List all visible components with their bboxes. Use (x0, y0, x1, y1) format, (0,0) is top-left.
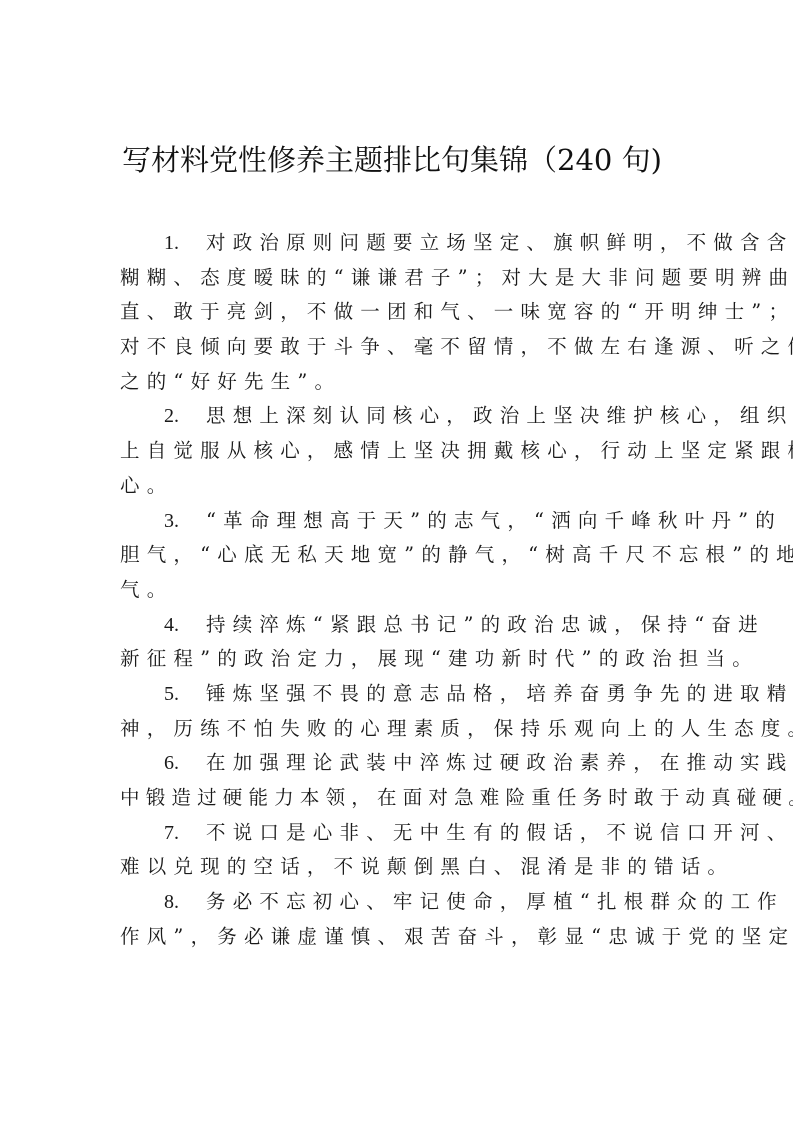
item-number: 5. (164, 677, 206, 712)
list-item-5: 5.锤炼坚强不畏的意志品格，培养奋勇争先的进取精 神，历练不怕失败的心理素质，保… (120, 677, 680, 746)
paragraph-line: 作风”，务必谦虚谨慎、艰苦奋斗，彰显“忠诚于党的坚定 (120, 920, 680, 955)
item-number: 3. (164, 504, 206, 539)
paragraph-line: 气。 (120, 573, 680, 608)
paragraph-line: 上自觉服从核心，感情上坚决拥戴核心，行动上坚定紧跟核 (120, 434, 680, 469)
paragraph-line: 7.不说口是心非、无中生有的假话，不说信口开河、 (120, 816, 680, 851)
line-text: 持续淬炼“紧跟总书记”的政治忠诚，保持“奋进 (206, 613, 765, 636)
paragraph-line: 胆气，“心底无私天地宽”的静气，“树高千尺不忘根”的地 (120, 538, 680, 573)
paragraph-line: 2.思想上深刻认同核心，政治上坚决维护核心，组织 (120, 399, 680, 434)
document-body: 1.对政治原则问题要立场坚定、旗帜鲜明，不做含含 糊糊、态度暧昧的“谦谦君子”；… (120, 226, 680, 954)
document-title: 写材料党性修养主题排比句集锦（240 句) (122, 142, 682, 178)
line-text: 思想上深刻认同核心，政治上坚决维护核心，组织 (206, 404, 793, 427)
line-text: 在加强理论武装中淬炼过硬政治素养，在推动实践 (206, 751, 793, 774)
item-number: 4. (164, 608, 206, 643)
line-text: “革命理想高于天”的志气，“洒向千峰秋叶丹”的 (206, 509, 782, 532)
paragraph-line: 之的“好好先生”。 (120, 365, 680, 400)
line-text: 对政治原则问题要立场坚定、旗帜鲜明，不做含含 (206, 231, 793, 254)
paragraph-line: 糊糊、态度暧昧的“谦谦君子”；对大是大非问题要明辨曲 (120, 261, 680, 296)
paragraph-line: 8.务必不忘初心、牢记使命，厚植“扎根群众的工作 (120, 885, 680, 920)
item-number: 1. (164, 226, 206, 261)
list-item-3: 3.“革命理想高于天”的志气，“洒向千峰秋叶丹”的 胆气，“心底无私天地宽”的静… (120, 504, 680, 608)
paragraph-line: 直、敢于亮剑，不做一团和气、一味宽容的“开明绅士”； (120, 295, 680, 330)
list-item-1: 1.对政治原则问题要立场坚定、旗帜鲜明，不做含含 糊糊、态度暧昧的“谦谦君子”；… (120, 226, 680, 399)
paragraph-line: 心。 (120, 469, 680, 504)
list-item-7: 7.不说口是心非、无中生有的假话，不说信口开河、 难以兑现的空话，不说颠倒黑白、… (120, 816, 680, 885)
item-number: 2. (164, 399, 206, 434)
list-item-6: 6.在加强理论武装中淬炼过硬政治素养，在推动实践 中锻造过硬能力本领，在面对急难… (120, 746, 680, 815)
paragraph-line: 神，历练不怕失败的心理素质，保持乐观向上的人生态度。 (120, 712, 680, 747)
list-item-2: 2.思想上深刻认同核心，政治上坚决维护核心，组织 上自觉服从核心，感情上坚决拥戴… (120, 399, 680, 503)
item-number: 8. (164, 885, 206, 920)
line-text: 务必不忘初心、牢记使命，厚植“扎根群众的工作 (206, 890, 784, 913)
line-text: 不说口是心非、无中生有的假话，不说信口开河、 (206, 821, 793, 844)
paragraph-line: 中锻造过硬能力本领，在面对急难险重任务时敢于动真碰硬。 (120, 781, 680, 816)
item-number: 7. (164, 816, 206, 851)
paragraph-line: 5.锤炼坚强不畏的意志品格，培养奋勇争先的进取精 (120, 677, 680, 712)
item-number: 6. (164, 746, 206, 781)
paragraph-line: 新征程”的政治定力，展现“建功新时代”的政治担当。 (120, 642, 680, 677)
paragraph-line: 6.在加强理论武装中淬炼过硬政治素养，在推动实践 (120, 746, 680, 781)
paragraph-line: 4.持续淬炼“紧跟总书记”的政治忠诚，保持“奋进 (120, 608, 680, 643)
paragraph-line: 对不良倾向要敢于斗争、毫不留情，不做左右逢源、听之任 (120, 330, 680, 365)
list-item-8: 8.务必不忘初心、牢记使命，厚植“扎根群众的工作 作风”，务必谦虚谨慎、艰苦奋斗… (120, 885, 680, 954)
line-text: 锤炼坚强不畏的意志品格，培养奋勇争先的进取精 (206, 682, 793, 705)
paragraph-line: 1.对政治原则问题要立场坚定、旗帜鲜明，不做含含 (120, 226, 680, 261)
paragraph-line: 3.“革命理想高于天”的志气，“洒向千峰秋叶丹”的 (120, 504, 680, 539)
paragraph-line: 难以兑现的空话，不说颠倒黑白、混淆是非的错话。 (120, 850, 680, 885)
list-item-4: 4.持续淬炼“紧跟总书记”的政治忠诚，保持“奋进 新征程”的政治定力，展现“建功… (120, 608, 680, 677)
